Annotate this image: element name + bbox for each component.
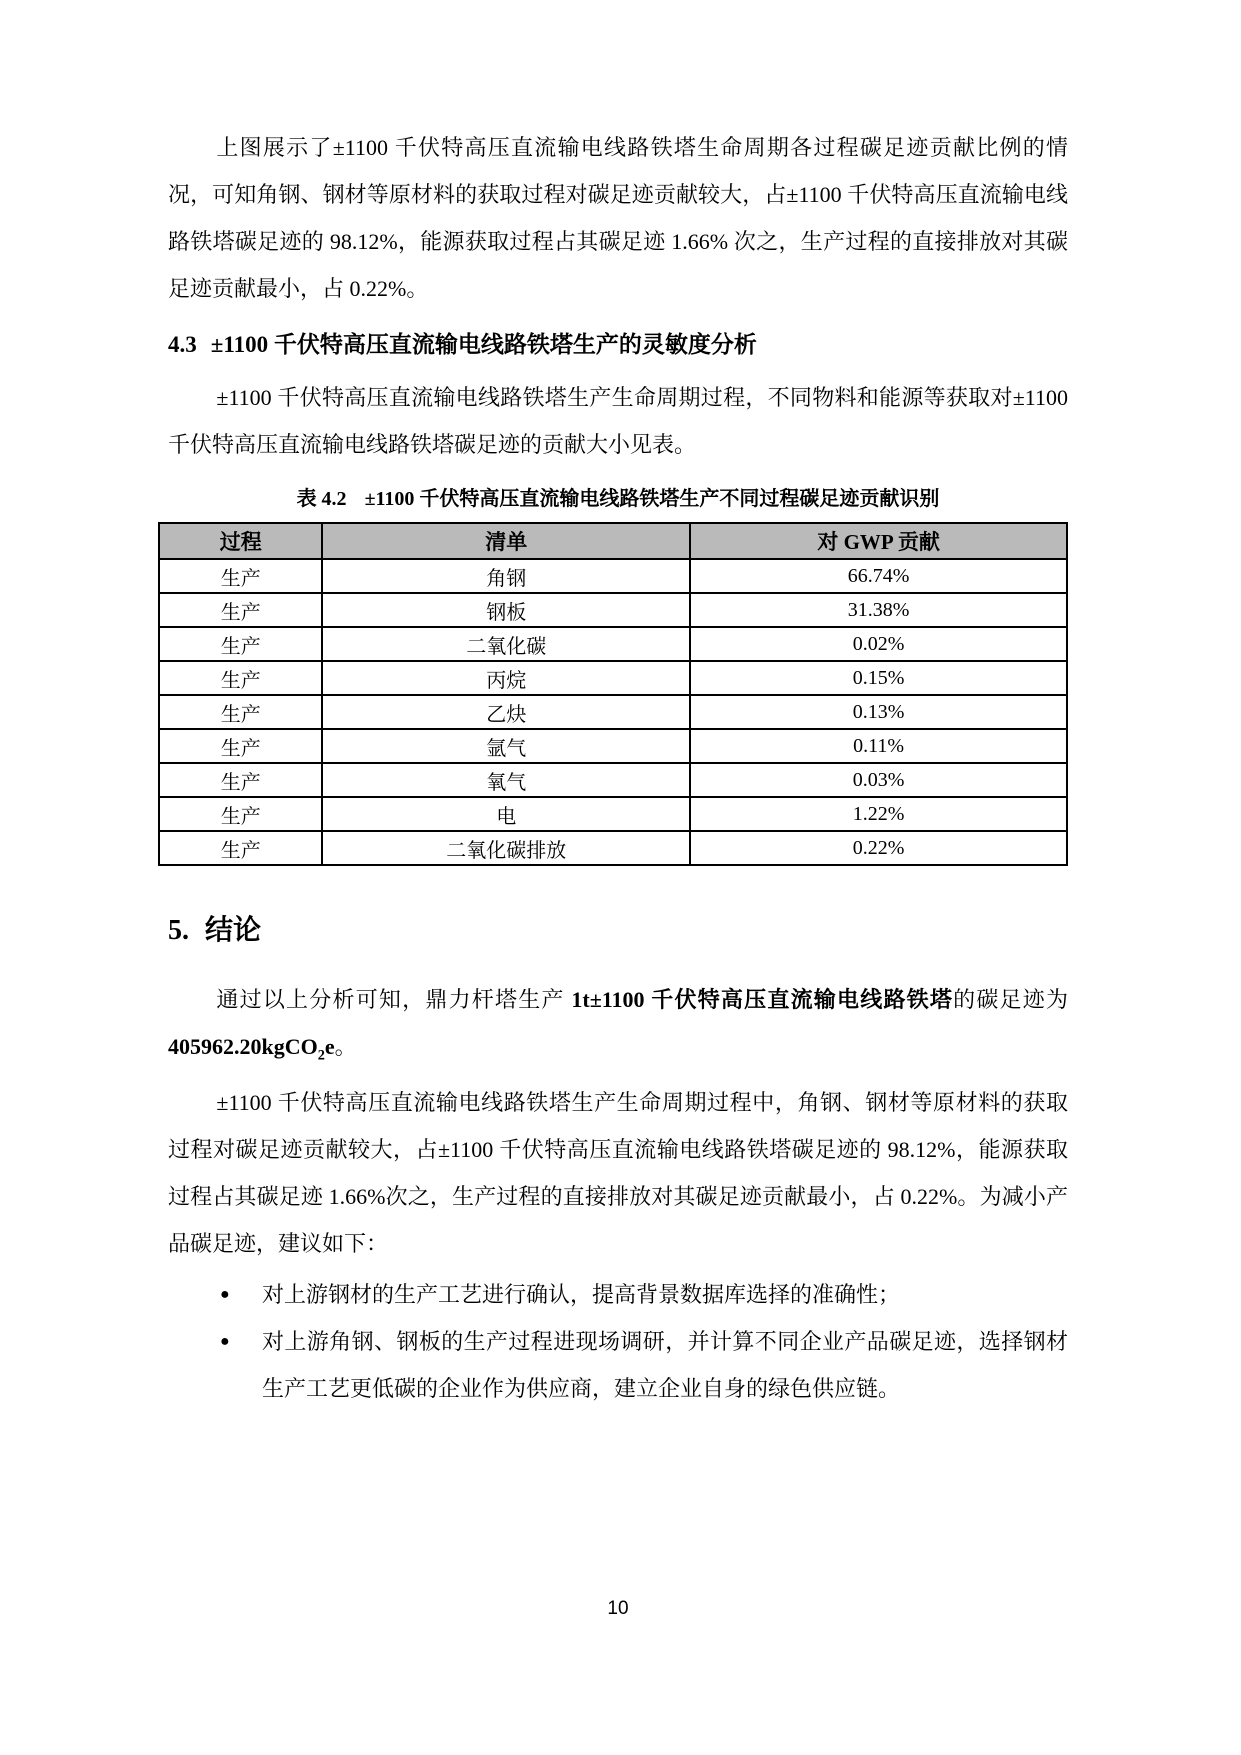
table-row: 生产角钢66.74% <box>159 559 1067 593</box>
table-cell: 0.13% <box>690 695 1067 729</box>
section-5-paragraph: ±1100 千伏特高压直流输电线路铁塔生产生命周期过程中，角钢、钢材等原材料的获… <box>168 1079 1068 1267</box>
list-item: ● 对上游钢材的生产工艺进行确认，提高背景数据库选择的准确性； <box>220 1271 1068 1318</box>
table-header-gwp: 对 GWP 贡献 <box>690 523 1067 559</box>
table-cell: 生产 <box>159 593 322 627</box>
table-body: 生产角钢66.74%生产钢板31.38%生产二氧化碳0.02%生产丙烷0.15%… <box>159 559 1067 865</box>
bullet-text: 对上游钢材的生产工艺进行确认，提高背景数据库选择的准确性； <box>262 1271 1068 1318</box>
page-number: 10 <box>168 1598 1068 1620</box>
table-row: 生产钢板31.38% <box>159 593 1067 627</box>
table-row: 生产丙烷0.15% <box>159 661 1067 695</box>
table-header-item: 清单 <box>322 523 690 559</box>
table-cell: 钢板 <box>322 593 690 627</box>
table-cell: 乙炔 <box>322 695 690 729</box>
table-cell: 二氧化碳 <box>322 627 690 661</box>
table-row: 生产二氧化碳排放0.22% <box>159 831 1067 865</box>
table-cell: 1.22% <box>690 797 1067 831</box>
section-4-3-paragraph: ±1100 千伏特高压直流输电线路铁塔生产生命周期过程，不同物料和能源等获取对±… <box>168 374 1068 468</box>
table-cell: 丙烷 <box>322 661 690 695</box>
table-caption: 表 4.2±1100 千伏特高压直流输电线路铁塔生产不同过程碳足迹贡献识别 <box>168 484 1068 514</box>
conclusion-paragraph: 通过以上分析可知，鼎力杆塔生产 1t±1100 千伏特高压直流输电线路铁塔的碳足… <box>168 976 1068 1079</box>
table-cell: 角钢 <box>322 559 690 593</box>
table-cell: 生产 <box>159 695 322 729</box>
bullet-icon: ● <box>220 1271 262 1318</box>
table-row: 生产氩气0.11% <box>159 729 1067 763</box>
section-5-heading: 5.结论 <box>168 908 1068 954</box>
document-page: 上图展示了±1100 千伏特高压直流输电线路铁塔生命周期各过程碳足迹贡献比例的情… <box>0 0 1241 1755</box>
section-4-3-number: 4.3 <box>168 332 197 357</box>
table-cell: 生产 <box>159 831 322 865</box>
bullet-icon: ● <box>220 1318 262 1365</box>
table-cell: 31.38% <box>690 593 1067 627</box>
table-cell: 0.02% <box>690 627 1067 661</box>
table-header-process: 过程 <box>159 523 322 559</box>
table-row: 生产二氧化碳0.02% <box>159 627 1067 661</box>
conclusion-text-period: 。 <box>335 1034 357 1059</box>
table-row: 生产氧气0.03% <box>159 763 1067 797</box>
table-cell: 氩气 <box>322 729 690 763</box>
conclusion-footprint-value: 405962.20kgCO2e <box>168 1034 335 1059</box>
table-cell: 生产 <box>159 763 322 797</box>
table-cell: 生产 <box>159 797 322 831</box>
table-cell: 生产 <box>159 559 322 593</box>
table-row: 生产电1.22% <box>159 797 1067 831</box>
section-5-title: 结论 <box>205 915 261 946</box>
table-cell: 二氧化碳排放 <box>322 831 690 865</box>
table-cell: 电 <box>322 797 690 831</box>
bullet-text: 对上游角钢、钢板的生产过程进现场调研，并计算不同企业产品碳足迹，选择钢材生产工艺… <box>262 1318 1068 1412</box>
table-caption-text: ±1100 千伏特高压直流输电线路铁塔生产不同过程碳足迹贡献识别 <box>365 488 940 510</box>
intro-paragraph: 上图展示了±1100 千伏特高压直流输电线路铁塔生命周期各过程碳足迹贡献比例的情… <box>168 124 1068 312</box>
conclusion-text-normal: 通过以上分析可知，鼎力杆塔生产 <box>216 987 571 1012</box>
table-row: 生产乙炔0.13% <box>159 695 1067 729</box>
conclusion-text-bold-product: 1t±1100 千伏特高压直流输电线路铁塔 <box>571 987 953 1012</box>
table-cell: 生产 <box>159 661 322 695</box>
table-cell: 0.22% <box>690 831 1067 865</box>
recommendation-list: ● 对上游钢材的生产工艺进行确认，提高背景数据库选择的准确性； ● 对上游角钢、… <box>168 1271 1068 1412</box>
table-cell: 氧气 <box>322 763 690 797</box>
table-cell: 0.03% <box>690 763 1067 797</box>
table-cell: 生产 <box>159 627 322 661</box>
section-4-3-heading: 4.3±1100 千伏特高压直流输电线路铁塔生产的灵敏度分析 <box>168 324 1068 366</box>
table-header-row: 过程 清单 对 GWP 贡献 <box>159 523 1067 559</box>
table-caption-label: 表 4.2 <box>297 488 347 510</box>
conclusion-text-normal-2: 的碳足迹为 <box>953 987 1068 1012</box>
page-content: 上图展示了±1100 千伏特高压直流输电线路铁塔生命周期各过程碳足迹贡献比例的情… <box>168 0 1068 1412</box>
list-item: ● 对上游角钢、钢板的生产过程进现场调研，并计算不同企业产品碳足迹，选择钢材生产… <box>220 1318 1068 1412</box>
table-cell: 生产 <box>159 729 322 763</box>
gwp-contribution-table: 过程 清单 对 GWP 贡献 生产角钢66.74%生产钢板31.38%生产二氧化… <box>158 522 1068 866</box>
table-cell: 0.11% <box>690 729 1067 763</box>
section-4-3-title: ±1100 千伏特高压直流输电线路铁塔生产的灵敏度分析 <box>211 332 757 357</box>
table-cell: 0.15% <box>690 661 1067 695</box>
section-5-number: 5. <box>168 915 189 946</box>
table-cell: 66.74% <box>690 559 1067 593</box>
